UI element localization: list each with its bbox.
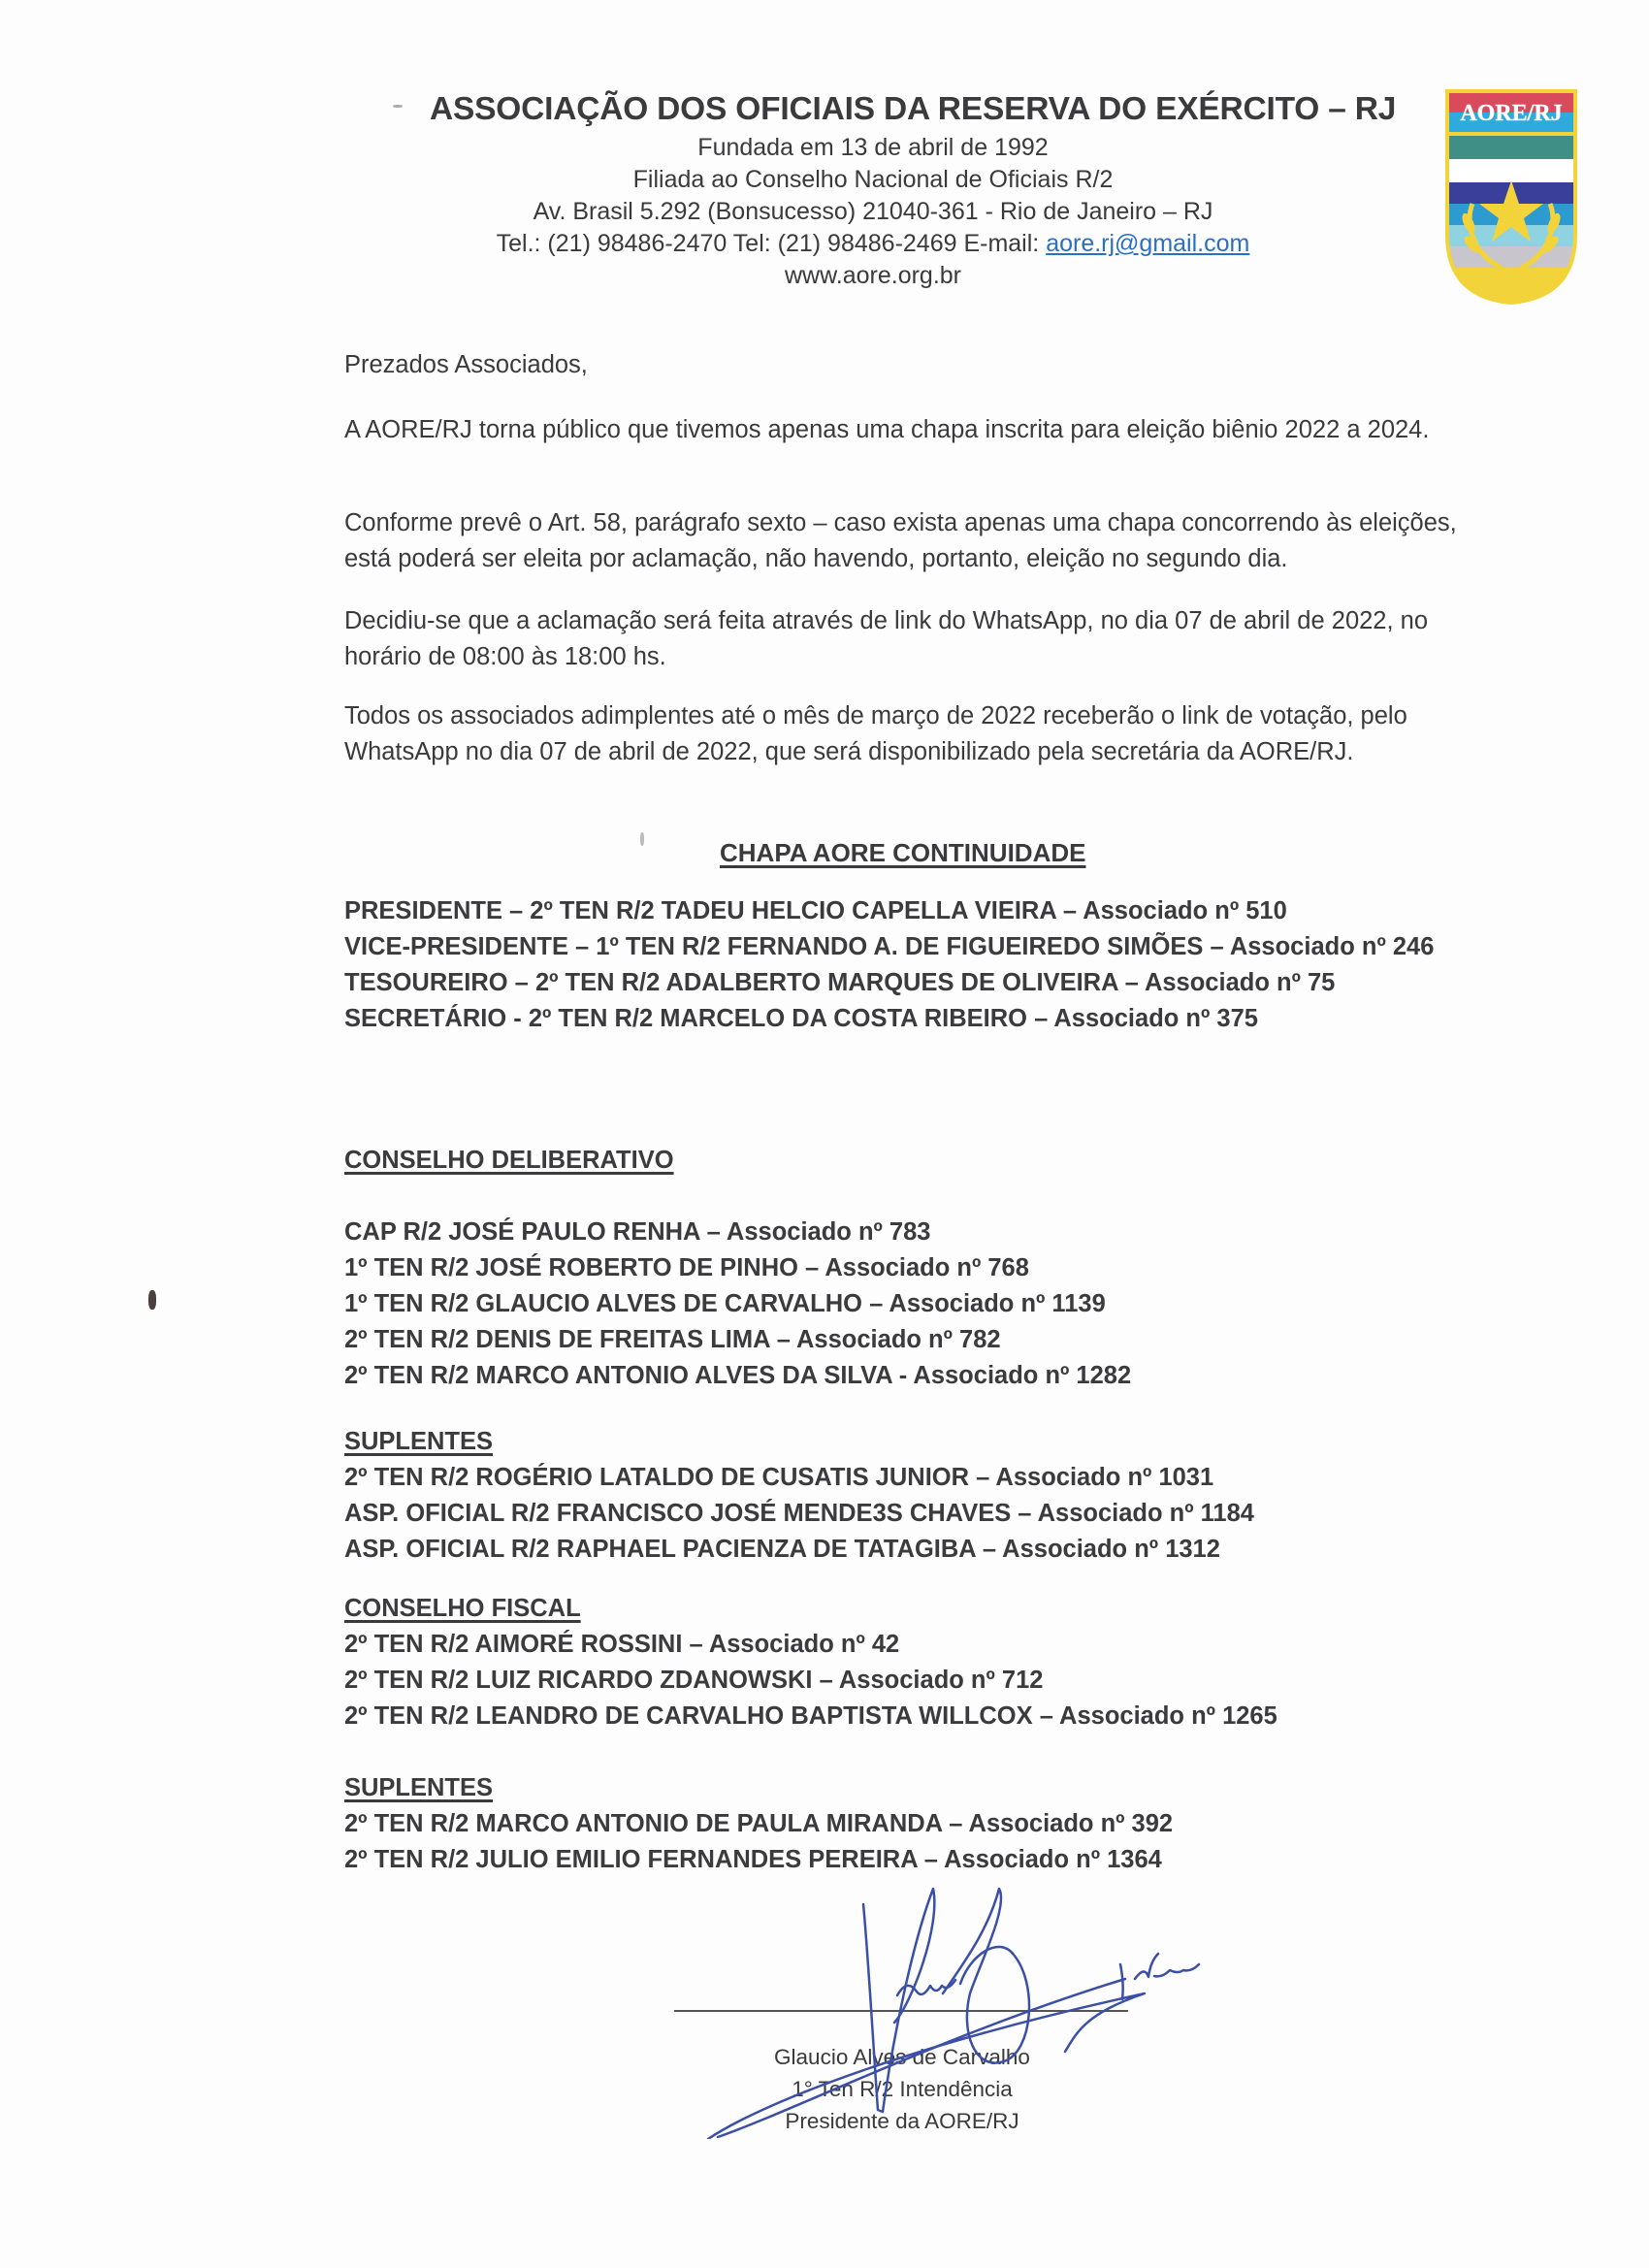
organization-title: ASSOCIAÇÃO DOS OFICIAIS DA RESERVA DO EX… bbox=[430, 91, 1396, 128]
salutation: Prezados Associados, bbox=[344, 347, 1489, 383]
substitute-member: 2º TEN R/2 MARCO ANTONIO DE PAULA MIRAND… bbox=[344, 1806, 1489, 1842]
aore-rj-shield-logo: AORE/RJ bbox=[1443, 89, 1579, 305]
executive-member: VICE-PRESIDENTE – 1º TEN R/2 FERNANDO A.… bbox=[344, 929, 1489, 965]
council-member: 2º TEN R/2 DENIS DE FREITAS LIMA – Assoc… bbox=[344, 1322, 1489, 1358]
contact-line: Tel.: (21) 98486-2470 Tel: (21) 98486-24… bbox=[369, 228, 1377, 260]
scan-speck bbox=[393, 105, 403, 108]
deliberative-substitutes: SUPLENTES 2º TEN R/2 ROGÉRIO LATALDO DE … bbox=[344, 1424, 1489, 1568]
paragraph-voting-link: Todos os associados adimplentes até o mê… bbox=[344, 698, 1489, 769]
section-heading: CONSELHO FISCAL bbox=[344, 1591, 1489, 1627]
letterhead-info: Fundada em 13 de abril de 1992 Filiada a… bbox=[369, 132, 1377, 292]
council-member: 2º TEN R/2 LEANDRO DE CARVALHO BAPTISTA … bbox=[344, 1699, 1489, 1734]
executive-member: PRESIDENTE – 2º TEN R/2 TADEU HELCIO CAP… bbox=[344, 893, 1489, 929]
fiscal-council: CONSELHO FISCAL 2º TEN R/2 AIMORÉ ROSSIN… bbox=[344, 1591, 1489, 1734]
substitute-member: ASP. OFICIAL R/2 FRANCISCO JOSÉ MENDE3S … bbox=[344, 1496, 1489, 1532]
council-member: 2º TEN R/2 AIMORÉ ROSSINI – Associado nº… bbox=[344, 1627, 1489, 1663]
paragraph-announcement: A AORE/RJ torna público que tivemos apen… bbox=[344, 412, 1489, 448]
founded-line: Fundada em 13 de abril de 1992 bbox=[369, 132, 1377, 164]
executive-member: SECRETÁRIO - 2º TEN R/2 MARCELO DA COSTA… bbox=[344, 1001, 1489, 1037]
handwritten-signature bbox=[679, 1887, 1261, 2139]
logo-text: AORE/RJ bbox=[1460, 101, 1562, 126]
phone-numbers: Tel.: (21) 98486-2470 Tel: (21) 98486-24… bbox=[497, 230, 1047, 257]
executive-member: TESOUREIRO – 2º TEN R/2 ADALBERTO MARQUE… bbox=[344, 965, 1489, 1001]
shield-icon: AORE/RJ bbox=[1443, 89, 1579, 305]
substitute-member: ASP. OFICIAL R/2 RAPHAEL PACIENZA DE TAT… bbox=[344, 1532, 1489, 1568]
section-heading: SUPLENTES bbox=[344, 1424, 1489, 1460]
executive-board: PRESIDENTE – 2º TEN R/2 TADEU HELCIO CAP… bbox=[344, 893, 1489, 1037]
paragraph-acclamation: Decidiu-se que a aclamação será feita at… bbox=[344, 603, 1489, 674]
scan-speck bbox=[640, 832, 644, 846]
paragraph-article: Conforme prevê o Art. 58, parágrafo sext… bbox=[344, 505, 1489, 576]
section-heading: SUPLENTES bbox=[344, 1770, 1489, 1806]
substitute-member: 2º TEN R/2 ROGÉRIO LATALDO DE CUSATIS JU… bbox=[344, 1460, 1489, 1496]
council-member: CAP R/2 JOSÉ PAULO RENHA – Associado nº … bbox=[344, 1215, 1489, 1250]
scan-speck bbox=[148, 1290, 156, 1310]
fiscal-substitutes: SUPLENTES 2º TEN R/2 MARCO ANTONIO DE PA… bbox=[344, 1770, 1489, 1878]
email-link[interactable]: aore.rj@gmail.com bbox=[1046, 230, 1249, 257]
council-member: 1º TEN R/2 GLAUCIO ALVES DE CARVALHO – A… bbox=[344, 1286, 1489, 1322]
slate-title: CHAPA AORE CONTINUIDADE bbox=[720, 838, 1085, 868]
council-member: 1º TEN R/2 JOSÉ ROBERTO DE PINHO – Assoc… bbox=[344, 1250, 1489, 1286]
address-line: Av. Brasil 5.292 (Bonsucesso) 21040-361 … bbox=[369, 196, 1377, 228]
website-line: www.aore.org.br bbox=[369, 260, 1377, 292]
substitute-member: 2º TEN R/2 JULIO EMILIO FERNANDES PEREIR… bbox=[344, 1842, 1489, 1878]
deliberative-council: CONSELHO DELIBERATIVO CAP R/2 JOSÉ PAULO… bbox=[344, 1143, 1489, 1394]
affiliation-line: Filiada ao Conselho Nacional de Oficiais… bbox=[369, 164, 1377, 196]
council-member: 2º TEN R/2 LUIZ RICARDO ZDANOWSKI – Asso… bbox=[344, 1663, 1489, 1699]
council-member: 2º TEN R/2 MARCO ANTONIO ALVES DA SILVA … bbox=[344, 1358, 1489, 1394]
section-heading: CONSELHO DELIBERATIVO bbox=[344, 1143, 1489, 1179]
